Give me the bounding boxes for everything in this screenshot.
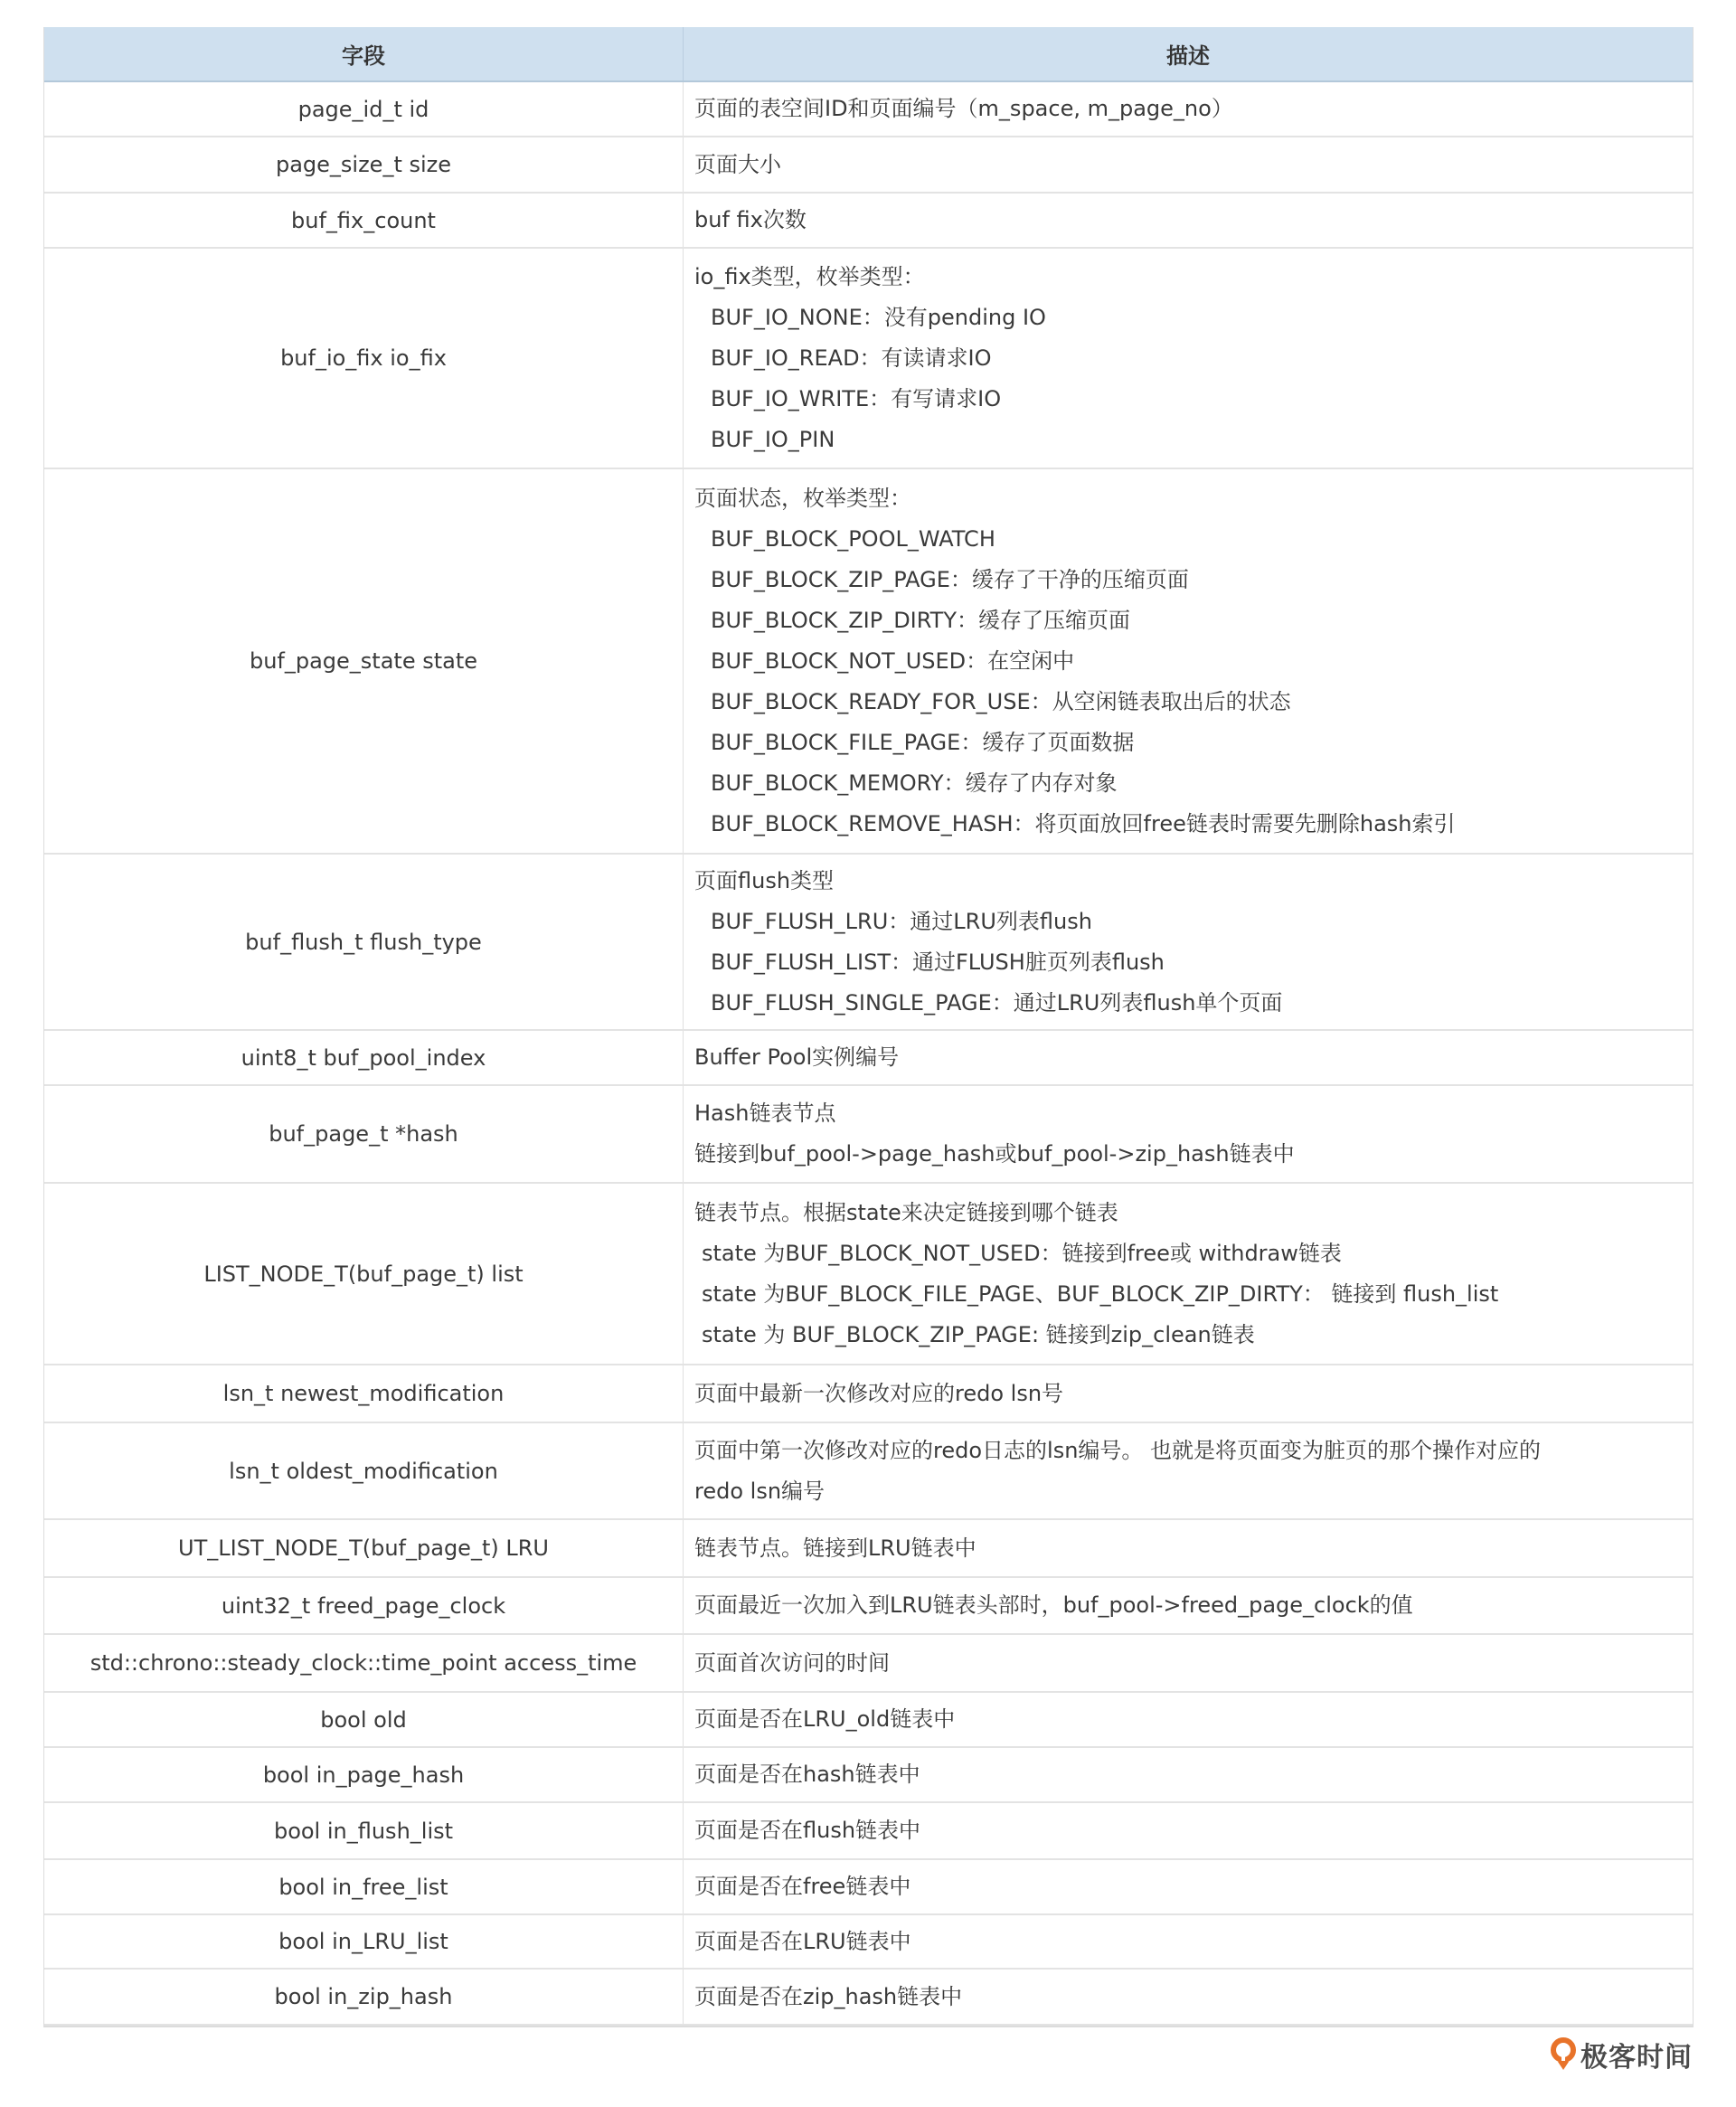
field-cell: buf_page_state state — [44, 469, 684, 853]
description-line: BUF_BLOCK_POOL_WATCH — [694, 519, 1693, 560]
description-line: 页面是否在LRU链表中 — [694, 1922, 1693, 1962]
description-line: redo lsn编号 — [694, 1471, 1693, 1512]
description-cell: io_fix类型，枚举类型：BUF_IO_NONE：没有pending IOBU… — [684, 249, 1693, 468]
table-row: bool in_zip_hash页面是否在zip_hash链表中 — [44, 1970, 1693, 2026]
table-row: UT_LIST_NODE_T(buf_page_t) LRU链表节点。链接到LR… — [44, 1520, 1693, 1578]
field-name: bool in_LRU_list — [278, 1929, 448, 1954]
field-cell: buf_flush_t flush_type — [44, 855, 684, 1029]
table-body: page_id_t id页面的表空间ID和页面编号（m_space, m_pag… — [44, 82, 1693, 2026]
logo-text: 极客时间 — [1580, 2035, 1693, 2074]
description-cell: 页面是否在flush链表中 — [684, 1803, 1693, 1858]
description-line: 链表节点。根据state来决定链接到哪个链表 — [694, 1193, 1693, 1233]
field-name: bool in_page_hash — [263, 1762, 464, 1788]
description-line: Buffer Pool实例编号 — [694, 1037, 1693, 1078]
description-line: BUF_BLOCK_READY_FOR_USE：从空闲链表取出后的状态 — [694, 682, 1693, 723]
field-name: bool in_zip_hash — [275, 1984, 453, 2009]
table-row: buf_io_fix io_fixio_fix类型，枚举类型：BUF_IO_NO… — [44, 249, 1693, 469]
field-cell: bool in_free_list — [44, 1860, 684, 1913]
field-name: uint8_t buf_pool_index — [241, 1045, 486, 1071]
field-name: std::chrono::steady_clock::time_point ac… — [90, 1650, 637, 1676]
description-cell: 页面首次访问的时间 — [684, 1635, 1693, 1691]
description-line: 页面状态，枚举类型： — [694, 478, 1693, 519]
field-name: lsn_t newest_modification — [223, 1381, 505, 1406]
description-line: buf fix次数 — [694, 200, 1693, 241]
field-name: buf_page_t *hash — [269, 1121, 458, 1147]
table-row: buf_page_t *hashHash链表节点链接到buf_pool->pag… — [44, 1086, 1693, 1184]
description-line: Hash链表节点 — [694, 1093, 1693, 1134]
description-line: state 为BUF_BLOCK_FILE_PAGE、BUF_BLOCK_ZIP… — [694, 1274, 1693, 1315]
field-cell: buf_page_t *hash — [44, 1086, 684, 1182]
description-line: 页面flush类型 — [694, 861, 1693, 902]
field-cell: lsn_t newest_modification — [44, 1365, 684, 1422]
description-line: BUF_IO_READ：有读请求IO — [694, 338, 1693, 379]
table-row: lsn_t newest_modification页面中最新一次修改对应的red… — [44, 1365, 1693, 1423]
description-cell: 页面中第一次修改对应的redo日志的lsn编号。 也就是将页面变为脏页的那个操作… — [684, 1423, 1693, 1518]
description-line: io_fix类型，枚举类型： — [694, 257, 1693, 298]
table-row: bool old页面是否在LRU_old链表中 — [44, 1693, 1693, 1748]
field-cell: page_id_t id — [44, 82, 684, 136]
description-cell: 链表节点。链接到LRU链表中 — [684, 1520, 1693, 1576]
field-name: buf_fix_count — [291, 208, 436, 233]
field-cell: LIST_NODE_T(buf_page_t) list — [44, 1184, 684, 1364]
geektime-logo: 极客时间 — [1550, 2035, 1693, 2074]
description-line: BUF_FLUSH_LIST：通过FLUSH脏页列表flush — [694, 942, 1693, 983]
description-line: 页面是否在LRU_old链表中 — [694, 1699, 1693, 1740]
field-cell: buf_fix_count — [44, 194, 684, 247]
field-name: buf_page_state state — [250, 648, 477, 674]
description-line: 页面大小 — [694, 145, 1693, 185]
description-line: BUF_BLOCK_FILE_PAGE：缓存了页面数据 — [694, 723, 1693, 763]
description-line: 页面首次访问的时间 — [694, 1643, 1693, 1684]
field-name: buf_flush_t flush_type — [245, 930, 482, 955]
fields-table: 字段 描述 page_id_t id页面的表空间ID和页面编号（m_space,… — [43, 27, 1694, 2027]
field-name: bool in_flush_list — [274, 1819, 453, 1844]
description-line: 页面是否在hash链表中 — [694, 1754, 1693, 1795]
description-line: 页面的表空间ID和页面编号（m_space, m_page_no） — [694, 89, 1693, 129]
description-line: 页面是否在zip_hash链表中 — [694, 1977, 1693, 2017]
field-name: page_id_t id — [298, 97, 429, 122]
description-line: 链表节点。链接到LRU链表中 — [694, 1528, 1693, 1569]
description-cell: Hash链表节点链接到buf_pool->page_hash或buf_pool-… — [684, 1086, 1693, 1182]
table-row: bool in_flush_list页面是否在flush链表中 — [44, 1803, 1693, 1860]
field-cell: buf_io_fix io_fix — [44, 249, 684, 468]
table-row: LIST_NODE_T(buf_page_t) list链表节点。根据state… — [44, 1184, 1693, 1365]
description-cell: 页面状态，枚举类型：BUF_BLOCK_POOL_WATCHBUF_BLOCK_… — [684, 469, 1693, 853]
description-line: BUF_BLOCK_MEMORY：缓存了内存对象 — [694, 763, 1693, 804]
description-line: 链接到buf_pool->page_hash或buf_pool->zip_has… — [694, 1134, 1693, 1175]
description-line: 页面最近一次加入到LRU链表头部时，buf_pool->freed_page_c… — [694, 1585, 1693, 1626]
table-row: std::chrono::steady_clock::time_point ac… — [44, 1635, 1693, 1693]
description-line: BUF_BLOCK_NOT_USED：在空闲中 — [694, 641, 1693, 682]
description-line: 页面中最新一次修改对应的redo lsn号 — [694, 1374, 1693, 1414]
description-cell: 页面最近一次加入到LRU链表头部时，buf_pool->freed_page_c… — [684, 1578, 1693, 1633]
description-line: BUF_IO_NONE：没有pending IO — [694, 298, 1693, 338]
field-name: bool old — [320, 1707, 406, 1733]
description-line: BUF_FLUSH_LRU：通过LRU列表flush — [694, 902, 1693, 942]
description-cell: 页面大小 — [684, 137, 1693, 192]
description-line: 页面中第一次修改对应的redo日志的lsn编号。 也就是将页面变为脏页的那个操作… — [694, 1431, 1693, 1471]
field-cell: bool in_zip_hash — [44, 1970, 684, 2024]
description-cell: 页面flush类型BUF_FLUSH_LRU：通过LRU列表flushBUF_F… — [684, 855, 1693, 1029]
table-header-row: 字段 描述 — [44, 27, 1693, 82]
header-description: 描述 — [684, 27, 1693, 80]
field-name: buf_io_fix io_fix — [280, 345, 447, 371]
description-line: BUF_BLOCK_REMOVE_HASH：将页面放回free链表时需要先删除h… — [694, 804, 1693, 845]
description-cell: 页面是否在hash链表中 — [684, 1748, 1693, 1801]
field-cell: bool in_flush_list — [44, 1803, 684, 1858]
field-cell: std::chrono::steady_clock::time_point ac… — [44, 1635, 684, 1691]
field-name: bool in_free_list — [278, 1875, 448, 1900]
field-cell: UT_LIST_NODE_T(buf_page_t) LRU — [44, 1520, 684, 1576]
table-row: bool in_page_hash页面是否在hash链表中 — [44, 1748, 1693, 1803]
description-cell: 页面是否在LRU链表中 — [684, 1915, 1693, 1968]
table-row: uint32_t freed_page_clock页面最近一次加入到LRU链表头… — [44, 1578, 1693, 1635]
description-cell: 页面是否在zip_hash链表中 — [684, 1970, 1693, 2024]
description-cell: 链表节点。根据state来决定链接到哪个链表state 为BUF_BLOCK_N… — [684, 1184, 1693, 1364]
field-cell: bool old — [44, 1693, 684, 1746]
table-row: page_size_t size页面大小 — [44, 137, 1693, 194]
table-row: buf_flush_t flush_type页面flush类型BUF_FLUSH… — [44, 855, 1693, 1031]
field-cell: page_size_t size — [44, 137, 684, 192]
table-row: buf_fix_countbuf fix次数 — [44, 194, 1693, 249]
field-name: lsn_t oldest_modification — [229, 1459, 498, 1484]
description-line: state 为 BUF_BLOCK_ZIP_PAGE: 链接到zip_clean… — [694, 1315, 1693, 1356]
field-name: LIST_NODE_T(buf_page_t) list — [203, 1261, 523, 1287]
description-line: state 为BUF_BLOCK_NOT_USED：链接到free或 withd… — [694, 1233, 1693, 1274]
description-cell: buf fix次数 — [684, 194, 1693, 247]
field-cell: uint8_t buf_pool_index — [44, 1031, 684, 1084]
header-field: 字段 — [44, 27, 684, 80]
field-cell: lsn_t oldest_modification — [44, 1423, 684, 1518]
description-line: BUF_FLUSH_SINGLE_PAGE：通过LRU列表flush单个页面 — [694, 983, 1693, 1024]
description-cell: 页面是否在LRU_old链表中 — [684, 1693, 1693, 1746]
field-name: UT_LIST_NODE_T(buf_page_t) LRU — [178, 1535, 549, 1561]
description-line: BUF_BLOCK_ZIP_DIRTY：缓存了压缩页面 — [694, 600, 1693, 641]
description-cell: 页面的表空间ID和页面编号（m_space, m_page_no） — [684, 82, 1693, 136]
field-name: page_size_t size — [276, 152, 451, 177]
description-line: 页面是否在free链表中 — [694, 1866, 1693, 1907]
description-line: BUF_BLOCK_ZIP_PAGE：缓存了干净的压缩页面 — [694, 560, 1693, 600]
table-row: bool in_free_list页面是否在free链表中 — [44, 1860, 1693, 1915]
field-name: uint32_t freed_page_clock — [222, 1593, 505, 1619]
geektime-logo-icon — [1550, 2037, 1577, 2072]
field-cell: bool in_LRU_list — [44, 1915, 684, 1968]
table-row: lsn_t oldest_modification页面中第一次修改对应的redo… — [44, 1423, 1693, 1520]
description-line: BUF_IO_WRITE：有写请求IO — [694, 379, 1693, 420]
description-cell: Buffer Pool实例编号 — [684, 1031, 1693, 1084]
description-line: 页面是否在flush链表中 — [694, 1810, 1693, 1851]
description-cell: 页面中最新一次修改对应的redo lsn号 — [684, 1365, 1693, 1422]
table-row: buf_page_state state页面状态，枚举类型：BUF_BLOCK_… — [44, 469, 1693, 855]
table-row: page_id_t id页面的表空间ID和页面编号（m_space, m_pag… — [44, 82, 1693, 137]
field-cell: bool in_page_hash — [44, 1748, 684, 1801]
description-line: BUF_IO_PIN — [694, 420, 1693, 460]
table-row: uint8_t buf_pool_indexBuffer Pool实例编号 — [44, 1031, 1693, 1086]
description-cell: 页面是否在free链表中 — [684, 1860, 1693, 1913]
table-row: bool in_LRU_list页面是否在LRU链表中 — [44, 1915, 1693, 1970]
field-cell: uint32_t freed_page_clock — [44, 1578, 684, 1633]
